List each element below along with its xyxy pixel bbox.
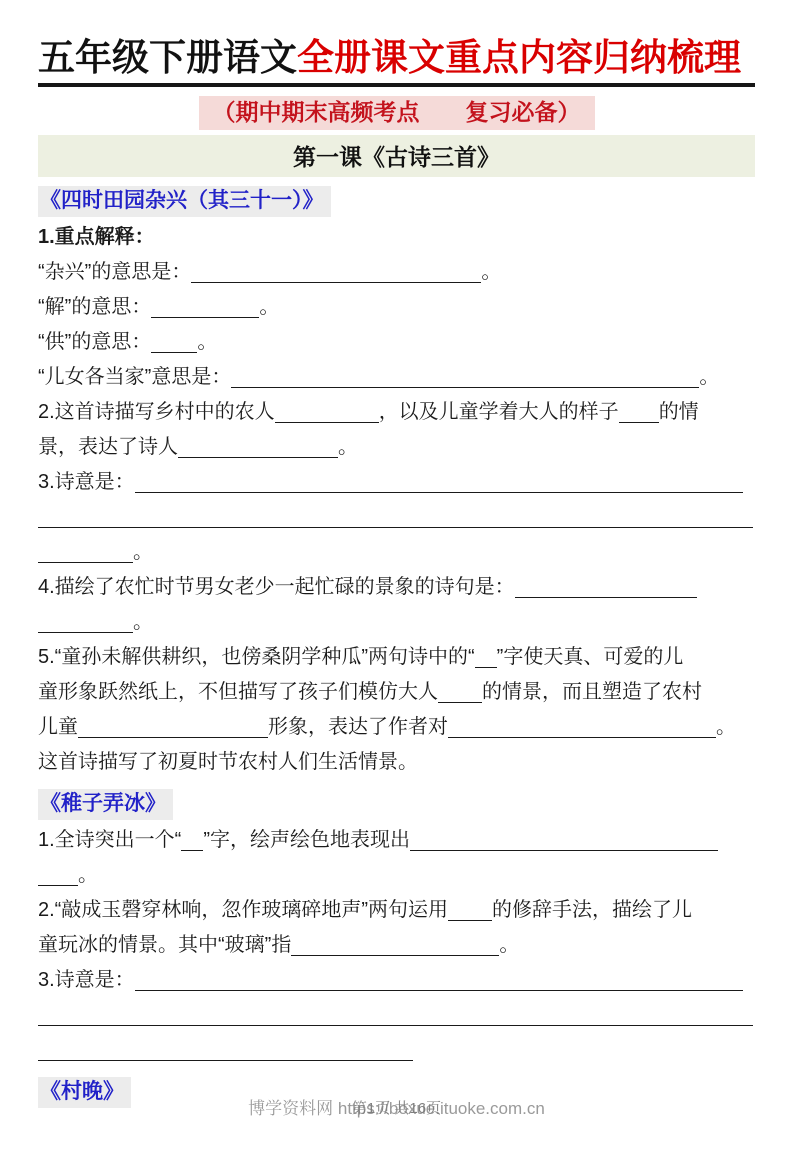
question-text: ”字使天真、可爱的儿 — [497, 646, 684, 668]
question-line: 景，表达了诗人。 — [38, 430, 755, 465]
question-section: 《四时田园杂兴（其三十一）》1.重点解释：“杂兴”的意思是：。“解”的意思：。“… — [38, 186, 755, 780]
answer-blank — [178, 432, 338, 458]
question-text: 。 — [78, 864, 98, 886]
answer-blank — [151, 292, 259, 318]
answer-blank — [275, 397, 379, 423]
question-line — [38, 998, 755, 1033]
question-text: 1.全诗突出一个“ — [38, 829, 181, 851]
answer-blank — [231, 362, 699, 388]
question-text: ”字，绘声绘色地表现出 — [203, 829, 410, 851]
question-text: “供”的意思： — [38, 331, 151, 353]
answer-blank — [515, 572, 697, 598]
answer-blank — [448, 895, 492, 921]
question-line: 4.描绘了农忙时节男女老少一起忙碌的景象的诗句是： — [38, 570, 755, 605]
answer-blank — [151, 327, 197, 353]
question-text: 3.诗意是： — [38, 969, 135, 991]
worksheet-body: 《四时田园杂兴（其三十一）》1.重点解释：“杂兴”的意思是：。“解”的意思：。“… — [38, 186, 755, 1108]
document-header: 五年级下册语文全册课文重点内容归纳梳理 （期中期末高频考点 复习必备） 第一课《… — [38, 36, 755, 177]
question-section: 《稚子弄冰》1.全诗突出一个“”字，绘声绘色地表现出。2.“敲成玉磬穿林响，忽作… — [38, 789, 755, 1068]
lesson-header: 第一课《古诗三首》 — [38, 135, 755, 177]
question-text: 。 — [259, 296, 279, 318]
question-line: 3.诗意是： — [38, 963, 755, 998]
answer-blank — [38, 860, 78, 886]
question-text: 1.重点解释： — [38, 226, 155, 248]
question-line: 3.诗意是： — [38, 465, 755, 500]
question-text: 。 — [197, 331, 217, 353]
answer-blank — [475, 642, 497, 668]
question-line: 儿童形象，表达了作者对。 — [38, 710, 755, 745]
answer-blank — [135, 467, 743, 493]
question-line: 2.“敲成玉磬穿林响，忽作玻璃碎地声”两句运用的修辞手法，描绘了儿 — [38, 893, 755, 928]
answer-blank — [38, 1035, 413, 1061]
answer-blank — [191, 257, 481, 283]
question-text: “解”的意思： — [38, 296, 151, 318]
question-line: 2.这首诗描写乡村中的农人，以及儿童学着大人的样子的情 — [38, 395, 755, 430]
question-text: 。 — [481, 261, 501, 283]
answer-blank — [291, 930, 499, 956]
question-text: 2.“敲成玉磬穿林响，忽作玻璃碎地声”两句运用 — [38, 899, 448, 921]
question-line: 。 — [38, 605, 755, 640]
answer-blank — [181, 825, 203, 851]
question-text: 这首诗描写了初夏时节农村人们生活情景。 — [38, 751, 418, 773]
answer-blank — [38, 607, 133, 633]
question-text: 的情景，而且塑造了农村 — [482, 681, 702, 703]
question-line: “儿女各当家”意思是：。 — [38, 360, 755, 395]
worksheet-page: 五年级下册语文全册课文重点内容归纳梳理 （期中期末高频考点 复习必备） 第一课《… — [0, 0, 793, 1149]
question-line: 5.“童孙未解供耕织，也傍桑阴学种瓜”两句诗中的“”字使天真、可爱的儿 — [38, 640, 755, 675]
answer-blank — [619, 397, 659, 423]
question-text: 。 — [133, 611, 153, 633]
answer-blank — [78, 712, 268, 738]
question-text: 4.描绘了农忙时节男女老少一起忙碌的景象的诗句是： — [38, 576, 515, 598]
answer-blank — [448, 712, 716, 738]
question-line: 1.重点解释： — [38, 220, 755, 255]
question-line: 童玩冰的情景。其中“玻璃”指。 — [38, 928, 755, 963]
question-text: 2.这首诗描写乡村中的农人 — [38, 401, 275, 423]
question-line: 。 — [38, 535, 755, 570]
question-text: ，以及儿童学着大人的样子 — [379, 401, 619, 423]
page-number: 第1页 共16页 — [352, 1097, 441, 1118]
question-text: “儿女各当家”意思是： — [38, 366, 231, 388]
question-line: 。 — [38, 858, 755, 893]
question-text: 的情 — [659, 401, 699, 423]
page-footer: 博学资料网 https://boxue.ituoke.com.cn 第1页 共1… — [0, 1094, 793, 1124]
section-heading: 《四时田园杂兴（其三十一）》 — [38, 186, 331, 217]
answer-blank — [38, 537, 133, 563]
question-text: 。 — [133, 541, 153, 563]
section-heading-row: 《稚子弄冰》 — [38, 789, 755, 820]
question-line: 这首诗描写了初夏时节农村人们生活情景。 — [38, 745, 755, 780]
answer-blank — [38, 1000, 753, 1026]
question-text: “杂兴”的意思是： — [38, 261, 191, 283]
subtitle-row: （期中期末高频考点 复习必备） — [38, 96, 755, 130]
answer-blank — [410, 825, 718, 851]
answer-blank — [438, 677, 482, 703]
section-heading-row: 《四时田园杂兴（其三十一）》 — [38, 186, 755, 217]
question-text: 。 — [699, 366, 719, 388]
answer-blank — [135, 965, 743, 991]
question-text: 形象，表达了作者对 — [268, 716, 448, 738]
question-text: 儿童 — [38, 716, 78, 738]
title-grade-part: 五年级下册语文 — [38, 37, 297, 78]
question-text: 。 — [338, 436, 358, 458]
question-text: 3.诗意是： — [38, 471, 135, 493]
question-line: “供”的意思：。 — [38, 325, 755, 360]
question-line — [38, 500, 755, 535]
question-line: “解”的意思：。 — [38, 290, 755, 325]
title-main-part: 全册课文重点内容归纳梳理 — [297, 37, 741, 78]
question-text: 童玩冰的情景。其中“玻璃”指 — [38, 934, 291, 956]
question-text: 景，表达了诗人 — [38, 436, 178, 458]
document-title: 五年级下册语文全册课文重点内容归纳梳理 — [38, 36, 755, 80]
question-text: 。 — [716, 716, 736, 738]
subtitle-banner: （期中期末高频考点 复习必备） — [199, 96, 595, 130]
section-heading: 《稚子弄冰》 — [38, 789, 173, 820]
question-text: 。 — [499, 934, 519, 956]
question-text: 5.“童孙未解供耕织，也傍桑阴学种瓜”两句诗中的“ — [38, 646, 475, 668]
question-line: 1.全诗突出一个“”字，绘声绘色地表现出 — [38, 823, 755, 858]
question-line: 童形象跃然纸上，不但描写了孩子们模仿大人的情景，而且塑造了农村 — [38, 675, 755, 710]
question-text: 的修辞手法，描绘了儿 — [492, 899, 692, 921]
question-line: “杂兴”的意思是：。 — [38, 255, 755, 290]
question-line — [38, 1033, 755, 1068]
question-text: 童形象跃然纸上，不但描写了孩子们模仿大人 — [38, 681, 438, 703]
title-divider — [38, 83, 755, 87]
answer-blank — [38, 502, 753, 528]
